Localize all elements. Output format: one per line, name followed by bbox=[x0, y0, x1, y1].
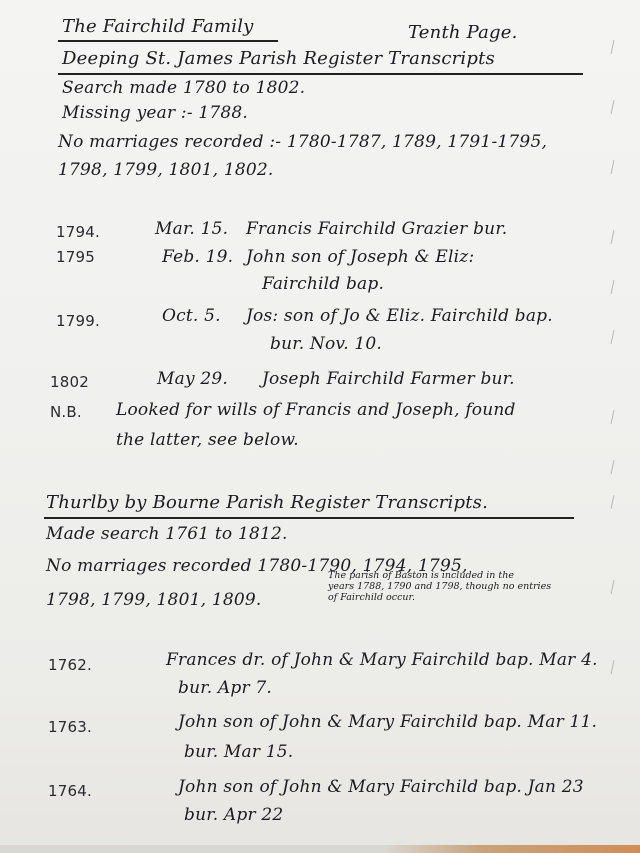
entry-text: Jos: son of Jo & Eliz. Fairchild bap. bbox=[246, 306, 553, 326]
section2-heading-underline bbox=[44, 517, 574, 519]
entry-text: John son of Joseph & Eliz: bbox=[246, 247, 474, 267]
entry-date: Oct. 5. bbox=[162, 306, 221, 326]
entry-year: 1795 bbox=[56, 248, 95, 266]
section2-heading: Thurlby by Bourne Parish Register Transc… bbox=[46, 492, 488, 513]
entry-continuation: bur. Apr 22 bbox=[184, 805, 283, 825]
entry-date: Feb. 19. bbox=[162, 247, 233, 267]
document-title: The Fairchild Family bbox=[62, 16, 254, 37]
entry-year: 1762. bbox=[48, 656, 92, 674]
entry-text: John son of John & Mary Fairchild bap. J… bbox=[178, 777, 584, 797]
entry-text: Joseph Fairchild Farmer bur. bbox=[262, 369, 515, 389]
note-label: N.B. bbox=[50, 403, 82, 421]
section1-heading: Deeping St. James Parish Register Transc… bbox=[62, 48, 495, 69]
section2-search-made: Made search 1761 to 1812. bbox=[46, 524, 288, 544]
section1-no-marriages-line1: No marriages recorded :- 1780-1787, 1789… bbox=[58, 132, 547, 152]
entry-text: Frances dr. of John & Mary Fairchild bap… bbox=[166, 650, 598, 670]
section1-heading-underline bbox=[58, 73, 583, 75]
entry-year: 1794. bbox=[56, 223, 100, 241]
side-note-line: years 1788, 1790 and 1798, though no ent… bbox=[328, 581, 551, 592]
entry-continuation: bur. Apr 7. bbox=[178, 678, 272, 698]
entry-continuation: bur. Mar 15. bbox=[184, 742, 293, 762]
entry-year: 1764. bbox=[48, 782, 92, 800]
margin-pencil-marks bbox=[612, 40, 622, 820]
section1-missing-year: Missing year :- 1788. bbox=[62, 103, 248, 123]
page-label: Tenth Page. bbox=[408, 22, 518, 43]
entry-date: May 29. bbox=[157, 369, 228, 389]
section2-no-marriages-line2: 1798, 1799, 1801, 1809. bbox=[46, 590, 261, 610]
entry-text: John son of John & Mary Fairchild bap. M… bbox=[178, 712, 597, 732]
note-line1: Looked for wills of Francis and Joseph, … bbox=[116, 400, 516, 420]
side-note-line: of Fairchild occur. bbox=[328, 592, 551, 603]
entry-text: Francis Fairchild Grazier bur. bbox=[246, 219, 507, 239]
entry-continuation: Fairchild bap. bbox=[262, 274, 384, 294]
entry-continuation: bur. Nov. 10. bbox=[270, 334, 382, 354]
section1-no-marriages-line2: 1798, 1799, 1801, 1802. bbox=[58, 160, 273, 180]
entry-year: 1802 bbox=[50, 373, 89, 391]
page-bottom-edge bbox=[0, 845, 640, 853]
entry-date: Mar. 15. bbox=[155, 219, 228, 239]
side-note: The parish of Baston is included in the … bbox=[328, 570, 551, 603]
entry-year: 1799. bbox=[56, 312, 100, 330]
section1-search-made: Search made 1780 to 1802. bbox=[62, 78, 305, 98]
note-line2: the latter, see below. bbox=[116, 430, 299, 450]
entry-year: 1763. bbox=[48, 718, 92, 736]
side-note-line: The parish of Baston is included in the bbox=[328, 570, 551, 581]
title-underline bbox=[58, 40, 278, 42]
